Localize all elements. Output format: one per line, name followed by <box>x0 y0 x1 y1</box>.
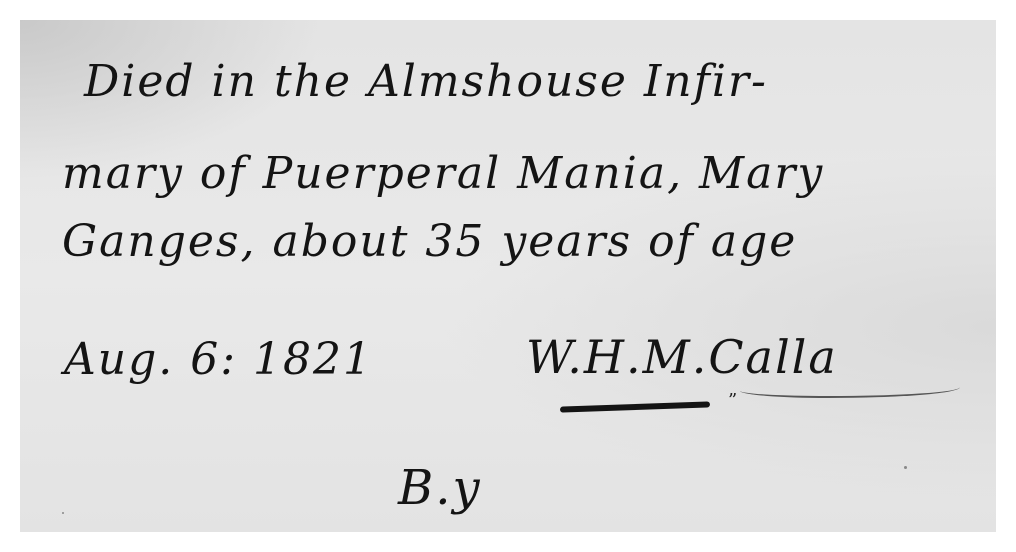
initials: B.y <box>398 460 482 516</box>
ditto-mark: ” <box>728 390 737 411</box>
signature: W.H.M.Calla <box>526 330 838 384</box>
text-line-1: Died in the Almshouse Infir- <box>84 56 768 107</box>
signature-flourish <box>740 380 960 398</box>
paper-speck <box>904 466 907 469</box>
text-line-2: mary of Puerperal Mania, Mary <box>62 148 824 199</box>
text-line-3: Ganges, about 35 years of age <box>62 216 797 267</box>
document-paper: Died in the Almshouse Infir- mary of Pue… <box>20 20 996 532</box>
paper-speck <box>62 512 64 514</box>
record-date: Aug. 6: 1821 <box>64 334 373 385</box>
signature-underline <box>560 401 710 412</box>
